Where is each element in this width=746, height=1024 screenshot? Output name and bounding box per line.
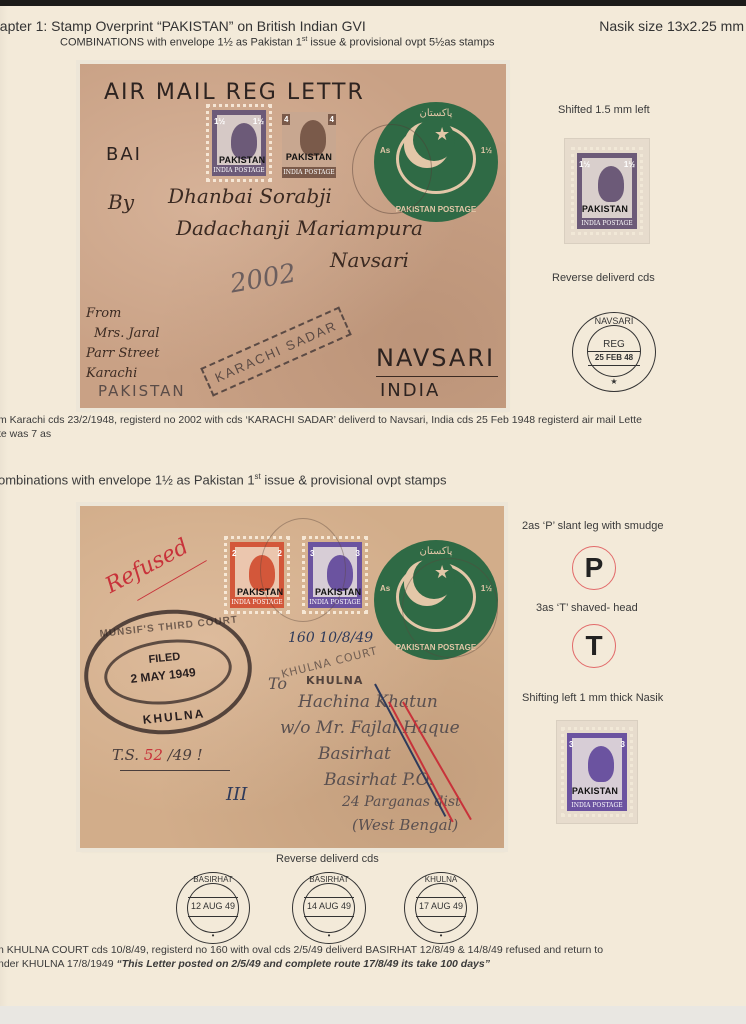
album-page: hapter 1: Stamp Overprint “PAKISTAN” on … bbox=[0, 6, 746, 1006]
stamp-1-5-annas: 1½ 1½ PAKISTAN INDIA POSTAGE bbox=[206, 104, 272, 182]
delivery-cds: KHULNA17 AUG 49• bbox=[404, 872, 478, 944]
reverse-cds-label: Reverse deliverd cds bbox=[276, 853, 379, 865]
indicium-value: 1½ bbox=[481, 146, 492, 155]
reverse-cds-note: Reverse deliverd cds bbox=[552, 272, 655, 284]
king-portrait bbox=[231, 123, 257, 159]
destination-city: NAVSARI bbox=[376, 344, 495, 372]
cds-town: NAVSARI bbox=[573, 316, 655, 326]
sender-country: PAKISTAN bbox=[98, 382, 186, 400]
heading-text-rest: issue & provisional ovpt stamps bbox=[261, 472, 447, 487]
stamp-value: 3 bbox=[621, 740, 625, 749]
stamp-value: 3 bbox=[569, 740, 573, 749]
stamp-inscription: INDIA POSTAGE bbox=[577, 218, 637, 229]
by-annotation: By bbox=[108, 190, 134, 214]
king-portrait bbox=[588, 746, 614, 782]
stamp-overprint: PAKISTAN bbox=[284, 152, 334, 162]
p-flaw-note: 2as ‘P’ slant leg with smudge bbox=[522, 520, 663, 532]
postmark-ring bbox=[352, 124, 432, 214]
addressee-line2: w/o Mr. Fajlal Haque bbox=[280, 718, 460, 738]
stamp-value: 1½ bbox=[579, 160, 590, 169]
cover2-description-line2: nder KHULNA 17/8/1949 “This Letter poste… bbox=[0, 958, 490, 970]
navsari-cds: NAVSARI REG 25 FEB 48 ★ bbox=[572, 312, 656, 392]
registration-number: 2002 bbox=[228, 258, 298, 299]
sender-line: From bbox=[86, 304, 160, 324]
subtitle-text: COMBINATIONS with envelope 1½ as Pakista… bbox=[60, 37, 302, 49]
page-title: hapter 1: Stamp Overprint “PAKISTAN” on … bbox=[0, 18, 366, 34]
ts-annotation: T.S. 52 /49 ! bbox=[112, 746, 203, 764]
addressee-name: Hachina Khatun bbox=[298, 692, 438, 712]
addressee-line6: (West Bengal) bbox=[352, 816, 458, 834]
stamp-value: 1½ bbox=[624, 160, 635, 169]
star-icon: ★ bbox=[610, 377, 617, 386]
detail-stamp-mount: 3 3 PAKISTAN INDIA POSTAGE bbox=[556, 720, 638, 824]
cds-dot: • bbox=[440, 931, 443, 940]
ts-red-number: 52 bbox=[144, 746, 163, 764]
cover1-description-line1: m Karachi cds 23/2/1948, registerd no 20… bbox=[0, 414, 642, 426]
stamp-value: 3 bbox=[356, 549, 360, 558]
addressee-name: Dhanbai Sorabji bbox=[168, 184, 332, 208]
description-plain: nder KHULNA 17/8/1949 bbox=[0, 958, 117, 970]
addressee-line3: Basirhat bbox=[318, 744, 391, 764]
detail-stamp-1-5-annas: 1½ 1½ PAKISTAN INDIA POSTAGE bbox=[571, 147, 643, 235]
stamp-overprint: PAKISTAN bbox=[570, 786, 620, 796]
section1-subtitle: COMBINATIONS with envelope 1½ as Pakista… bbox=[60, 36, 494, 49]
postmark-ring bbox=[260, 518, 346, 622]
stamp-value: 4 bbox=[328, 114, 336, 125]
khulna-cancel: KHULNA bbox=[306, 674, 363, 687]
to-annotation: To bbox=[268, 674, 287, 693]
stamp-overprint: PAKISTAN bbox=[219, 155, 259, 165]
ts-suffix: /49 ! bbox=[168, 746, 203, 764]
roman-numeral-annotation: III bbox=[226, 784, 247, 805]
airmail-annotation: AIR MAIL REG LETTR bbox=[104, 80, 365, 105]
cover2-description-line1: n KHULNA COURT cds 10/8/49, registerd no… bbox=[0, 944, 603, 956]
underline bbox=[376, 376, 498, 377]
cds-reg: REG bbox=[573, 339, 655, 350]
subtitle-text-rest: issue & provisional ovpt 5½as stamps bbox=[307, 37, 494, 49]
indicium-urdu-label: پاکستان bbox=[404, 108, 468, 119]
stamp-value: 4 bbox=[282, 114, 290, 125]
addressee-line4: Basirhat P.O. bbox=[324, 770, 434, 790]
sender-line: Mrs. Jaral bbox=[86, 324, 160, 344]
oval-town: KHULNA bbox=[142, 706, 206, 726]
sender-line: Parr Street bbox=[86, 344, 160, 364]
detail-stamp-3-annas: 3 3 PAKISTAN INDIA POSTAGE bbox=[561, 727, 633, 817]
stamp-inscription: INDIA POSTAGE bbox=[282, 167, 336, 178]
ts-prefix: T.S. bbox=[112, 746, 139, 764]
cds-town: BASIRHAT bbox=[293, 875, 365, 884]
underline bbox=[120, 770, 230, 771]
munsif-court-oval-cancel: MUNSIF'S THIRD COURT FILED 2 MAY 1949 KH… bbox=[80, 602, 258, 743]
cover1-description-line2: te was 7 as bbox=[0, 428, 51, 440]
delivery-cds: BASIRHAT14 AUG 49• bbox=[292, 872, 366, 944]
cover-2-envelope: Refused MUNSIF'S THIRD COURT FILED 2 MAY… bbox=[80, 506, 504, 848]
destination-country: INDIA bbox=[380, 380, 440, 401]
nasik-size-note: Nasik size 13x2.25 mm bbox=[599, 18, 744, 34]
oval-outer-text: MUNSIF'S THIRD COURT bbox=[99, 614, 238, 639]
king-portrait bbox=[598, 166, 624, 202]
indicium-value: As bbox=[380, 584, 390, 593]
delivery-cds: BASIRHAT12 AUG 49• bbox=[176, 872, 250, 944]
shifted-note: Shifted 1.5 mm left bbox=[558, 104, 650, 116]
stamp-value: 1½ bbox=[214, 117, 225, 126]
section2-heading: ombinations with envelope 1½ as Pakistan… bbox=[0, 472, 446, 487]
t-flaw-note: 3as ‘T’ shaved- head bbox=[536, 602, 638, 614]
stamp-value: 2 bbox=[232, 549, 236, 558]
cover-1-envelope: AIR MAIL REG LETTR BAI By Dhanbai Sorabj… bbox=[80, 64, 506, 408]
refused-annotation: Refused bbox=[101, 534, 192, 598]
stamp-value: 1½ bbox=[253, 117, 264, 126]
cds-date: 14 AUG 49 bbox=[293, 901, 365, 911]
scan-bottom-edge bbox=[0, 1006, 746, 1024]
p-flaw-detail: P bbox=[572, 546, 616, 590]
cds-date: 12 AUG 49 bbox=[177, 901, 249, 911]
indicium-urdu-label: پاکستان bbox=[404, 546, 468, 557]
karachi-sadar-boxed-cancel: KARACHI SADAR bbox=[200, 306, 352, 396]
sender-address: From Mrs. Jaral Parr Street Karachi bbox=[86, 304, 160, 384]
registration-date-annotation: 160 10/8/49 bbox=[288, 630, 373, 646]
addressee-city: Navsari bbox=[330, 248, 409, 272]
postmark-ring bbox=[402, 558, 498, 658]
bai-annotation: BAI bbox=[106, 144, 142, 165]
stamp-overprint: PAKISTAN bbox=[580, 204, 630, 214]
cds-dot: • bbox=[212, 931, 215, 940]
star-icon: ★ bbox=[434, 124, 450, 145]
t-flaw-detail: T bbox=[572, 624, 616, 668]
cds-date: 17 AUG 49 bbox=[405, 901, 477, 911]
stamp-inscription: INDIA POSTAGE bbox=[212, 165, 266, 176]
stamp-inscription: INDIA POSTAGE bbox=[567, 800, 627, 811]
detail-stamp-mount: 1½ 1½ PAKISTAN INDIA POSTAGE bbox=[564, 138, 650, 244]
description-emphasis: “This Letter posted on 2/5/49 and comple… bbox=[117, 958, 490, 970]
cds-dot: • bbox=[328, 931, 331, 940]
king-portrait bbox=[300, 120, 326, 156]
stamp-4-annas: 4 4 PAKISTAN INDIA POSTAGE bbox=[276, 106, 342, 184]
sender-line: Karachi bbox=[86, 364, 160, 384]
cds-town: KHULNA bbox=[405, 875, 477, 884]
cds-town: BASIRHAT bbox=[177, 875, 249, 884]
shift-note: Shifting left 1 mm thick Nasik bbox=[522, 692, 663, 704]
cds-date: 25 FEB 48 bbox=[573, 353, 655, 362]
heading-text: ombinations with envelope 1½ as Pakistan… bbox=[0, 472, 255, 487]
